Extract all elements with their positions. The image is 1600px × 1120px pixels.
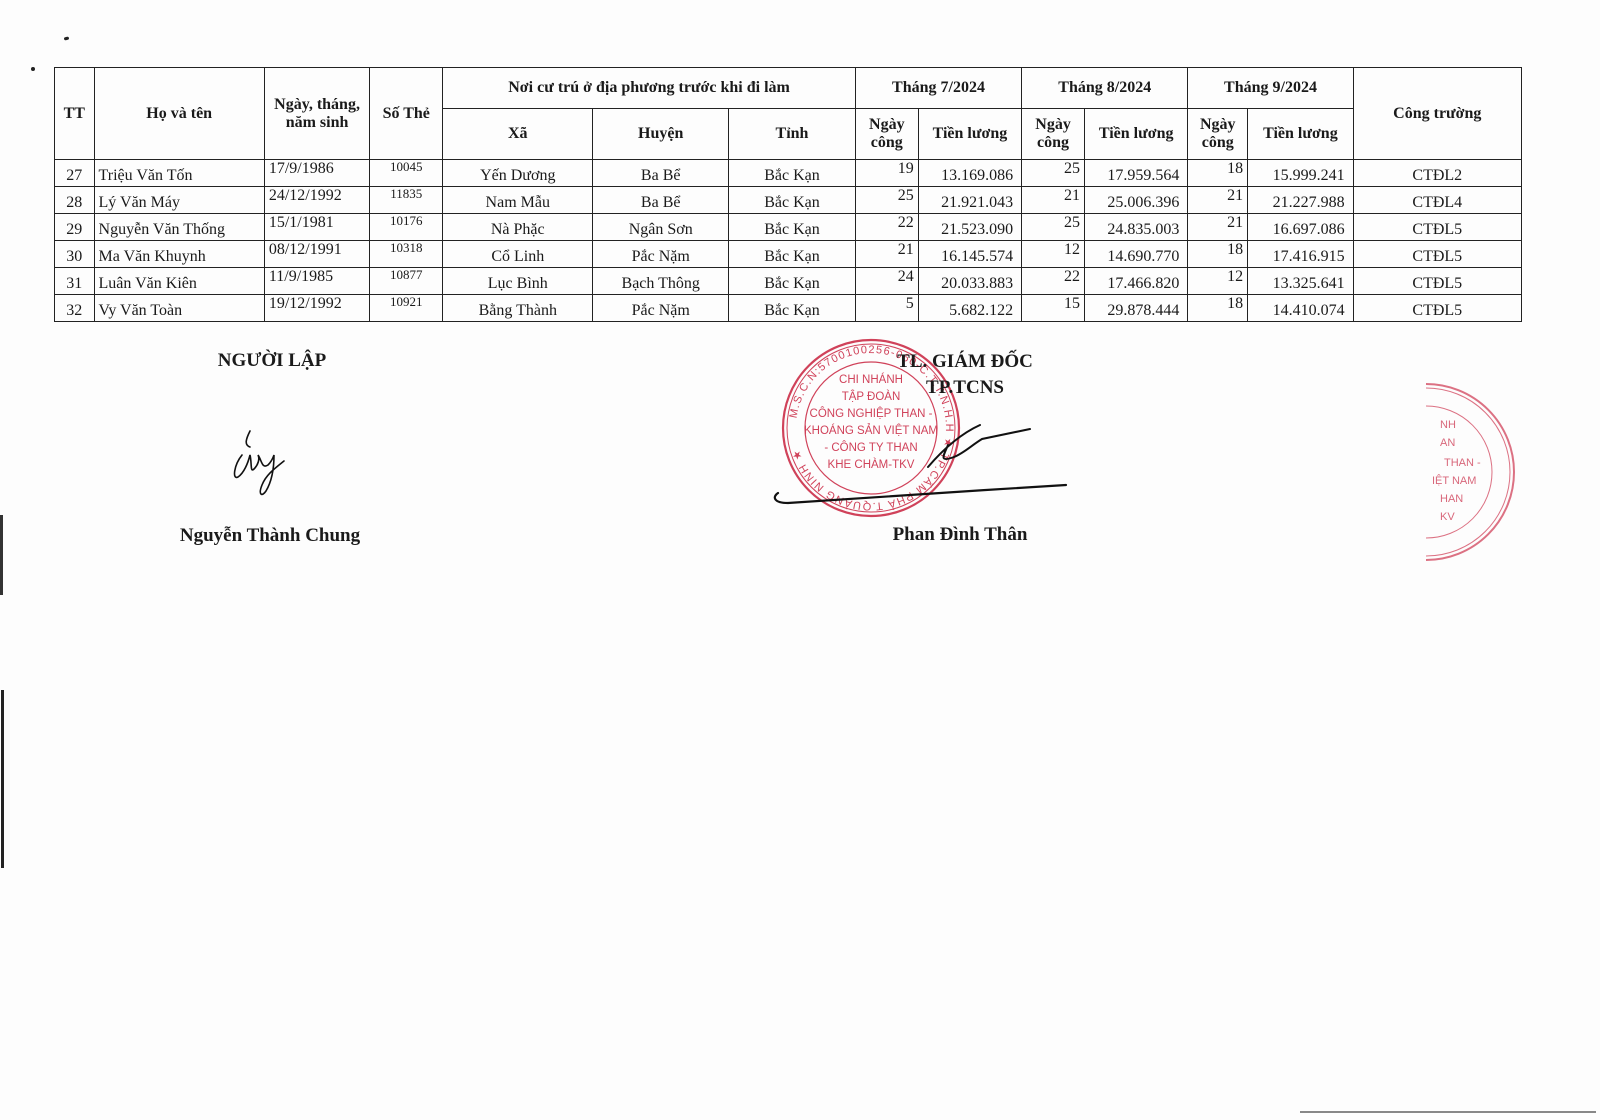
card-number: 11835 <box>370 187 443 214</box>
workdays-sep: 18 <box>1188 295 1248 322</box>
svg-text:NH: NH <box>1440 419 1456 431</box>
workdays-jul: 21 <box>855 241 918 268</box>
salary-jul: 21.523.090 <box>918 214 1021 241</box>
table-row: 30Ma Văn Khuynh08/12/199110318Cổ LinhPắc… <box>55 241 1522 268</box>
salary-aug: 29.878.444 <box>1084 295 1187 322</box>
row-number: 32 <box>55 295 95 322</box>
commune: Nà Phặc <box>443 214 593 241</box>
header-residence: Nơi cư trú ở địa phương trước khi đi làm <box>443 68 856 109</box>
svg-text:KV: KV <box>1440 511 1455 523</box>
salary-table: TT Họ và tên Ngày, tháng, năm sinh Số Th… <box>54 67 1522 322</box>
table-row: 32Vy Văn Toàn19/12/199210921Bằng ThànhPắ… <box>55 295 1522 322</box>
commune: Lục Bình <box>443 268 593 295</box>
district: Ba Bể <box>593 160 729 187</box>
card-number: 10318 <box>370 241 443 268</box>
table-row: 28Lý Văn Máy24/12/199211835Nam MẫuBa BểB… <box>55 187 1522 214</box>
province: Bắc Kạn <box>729 160 856 187</box>
row-number: 29 <box>55 214 95 241</box>
birth-date: 11/9/1985 <box>264 268 369 295</box>
work-site: CTĐL5 <box>1353 241 1521 268</box>
svg-text:HAN: HAN <box>1440 493 1463 505</box>
province: Bắc Kạn <box>729 295 856 322</box>
salary-aug: 25.006.396 <box>1084 187 1187 214</box>
director-title: TL. GIÁM ĐỐC TP.TCNS <box>880 349 1050 401</box>
header-dob: Ngày, tháng, năm sinh <box>264 68 369 160</box>
header-month-7: Tháng 7/2024 <box>855 68 1021 109</box>
header-month-8: Tháng 8/2024 <box>1022 68 1188 109</box>
header-district: Huyện <box>593 109 729 160</box>
district: Ngân Sơn <box>593 214 729 241</box>
district: Pắc Nặm <box>593 241 729 268</box>
svg-text:AN: AN <box>1440 437 1455 449</box>
table-row: 31Luân Văn Kiên11/9/198510877Lục BìnhBạc… <box>55 268 1522 295</box>
preparer-signature <box>228 425 298 505</box>
preparer-title: NGƯỜI LẬP <box>172 350 372 372</box>
scan-edge-mark <box>1 690 4 868</box>
workdays-jul: 24 <box>855 268 918 295</box>
director-title-line1: TL. GIÁM ĐỐC <box>880 349 1050 375</box>
salary-jul: 5.682.122 <box>918 295 1021 322</box>
workdays-jul: 5 <box>855 295 918 322</box>
workdays-jul: 22 <box>855 214 918 241</box>
workdays-aug: 25 <box>1022 214 1085 241</box>
salary-jul: 16.145.574 <box>918 241 1021 268</box>
birth-date: 08/12/1991 <box>264 241 369 268</box>
birth-date: 19/12/1992 <box>264 295 369 322</box>
employee-name: Nguyễn Văn Thống <box>94 214 264 241</box>
employee-name: Lý Văn Máy <box>94 187 264 214</box>
commune: Cổ Linh <box>443 241 593 268</box>
district: Ba Bể <box>593 187 729 214</box>
header-workdays: Ngày công <box>1022 109 1085 160</box>
header-workdays: Ngày công <box>855 109 918 160</box>
salary-jul: 20.033.883 <box>918 268 1021 295</box>
director-name: Phan Đình Thân <box>870 524 1050 546</box>
svg-text:IỆT NAM: IỆT NAM <box>1432 474 1476 487</box>
header-salary: Tiền lương <box>1248 109 1353 160</box>
employee-name: Triệu Văn Tốn <box>94 160 264 187</box>
salary-sep: 21.227.988 <box>1248 187 1353 214</box>
commune: Nam Mẫu <box>443 187 593 214</box>
salary-sep: 16.697.086 <box>1248 214 1353 241</box>
workdays-sep: 18 <box>1188 160 1248 187</box>
header-name: Họ và tên <box>94 68 264 160</box>
workdays-sep: 21 <box>1188 214 1248 241</box>
employee-name: Luân Văn Kiên <box>94 268 264 295</box>
row-number: 27 <box>55 160 95 187</box>
work-site: CTĐL5 <box>1353 268 1521 295</box>
district: Pắc Nặm <box>593 295 729 322</box>
workdays-aug: 21 <box>1022 187 1085 214</box>
header-salary: Tiền lương <box>1084 109 1187 160</box>
header-site: Công trường <box>1353 68 1521 160</box>
header-month-9: Tháng 9/2024 <box>1188 68 1353 109</box>
salary-jul: 13.169.086 <box>918 160 1021 187</box>
header-tt: TT <box>55 68 95 160</box>
workdays-aug: 22 <box>1022 268 1085 295</box>
director-signature <box>768 415 1078 510</box>
birth-date: 15/1/1981 <box>264 214 369 241</box>
work-site: CTĐL5 <box>1353 214 1521 241</box>
card-number: 10045 <box>370 160 443 187</box>
salary-aug: 17.959.564 <box>1084 160 1187 187</box>
workdays-aug: 15 <box>1022 295 1085 322</box>
birth-date: 17/9/1986 <box>264 160 369 187</box>
scan-bottom-line <box>1300 1111 1596 1113</box>
row-number: 28 <box>55 187 95 214</box>
workdays-jul: 25 <box>855 187 918 214</box>
workdays-sep: 21 <box>1188 187 1248 214</box>
salary-aug: 17.466.820 <box>1084 268 1187 295</box>
workdays-aug: 12 <box>1022 241 1085 268</box>
scan-mark <box>31 67 35 71</box>
birth-date: 24/12/1992 <box>264 187 369 214</box>
scan-edge-mark <box>0 515 3 595</box>
card-number: 10877 <box>370 268 443 295</box>
company-stamp-partial: NHANTHAN - IỆT NAMHANKV <box>1426 380 1522 565</box>
workdays-sep: 12 <box>1188 268 1248 295</box>
commune: Bằng Thành <box>443 295 593 322</box>
salary-sep: 13.325.641 <box>1248 268 1353 295</box>
employee-name: Ma Văn Khuynh <box>94 241 264 268</box>
table-row: 29Nguyễn Văn Thống15/1/198110176Nà PhặcN… <box>55 214 1522 241</box>
table-row: 27Triệu Văn Tốn17/9/198610045Yến DươngBa… <box>55 160 1522 187</box>
header-salary: Tiền lương <box>918 109 1021 160</box>
header-commune: Xã <box>443 109 593 160</box>
work-site: CTĐL5 <box>1353 295 1521 322</box>
employee-name: Vy Văn Toàn <box>94 295 264 322</box>
salary-aug: 24.835.003 <box>1084 214 1187 241</box>
work-site: CTĐL2 <box>1353 160 1521 187</box>
workdays-sep: 18 <box>1188 241 1248 268</box>
salary-aug: 14.690.770 <box>1084 241 1187 268</box>
header-workdays: Ngày công <box>1188 109 1248 160</box>
salary-sep: 17.416.915 <box>1248 241 1353 268</box>
province: Bắc Kạn <box>729 187 856 214</box>
row-number: 30 <box>55 241 95 268</box>
salary-sep: 14.410.074 <box>1248 295 1353 322</box>
svg-text:THAN -: THAN - <box>1444 457 1481 469</box>
row-number: 31 <box>55 268 95 295</box>
salary-sep: 15.999.241 <box>1248 160 1353 187</box>
province: Bắc Kạn <box>729 268 856 295</box>
province: Bắc Kạn <box>729 214 856 241</box>
district: Bạch Thông <box>593 268 729 295</box>
card-number: 10921 <box>370 295 443 322</box>
workdays-jul: 19 <box>855 160 918 187</box>
preparer-name: Nguyễn Thành Chung <box>150 525 390 547</box>
salary-jul: 21.921.043 <box>918 187 1021 214</box>
header-province: Tỉnh <box>729 109 856 160</box>
province: Bắc Kạn <box>729 241 856 268</box>
scan-mark <box>64 36 70 40</box>
work-site: CTĐL4 <box>1353 187 1521 214</box>
director-title-line2: TP.TCNS <box>880 375 1050 401</box>
commune: Yến Dương <box>443 160 593 187</box>
header-card: Số Thẻ <box>370 68 443 160</box>
card-number: 10176 <box>370 214 443 241</box>
workdays-aug: 25 <box>1022 160 1085 187</box>
